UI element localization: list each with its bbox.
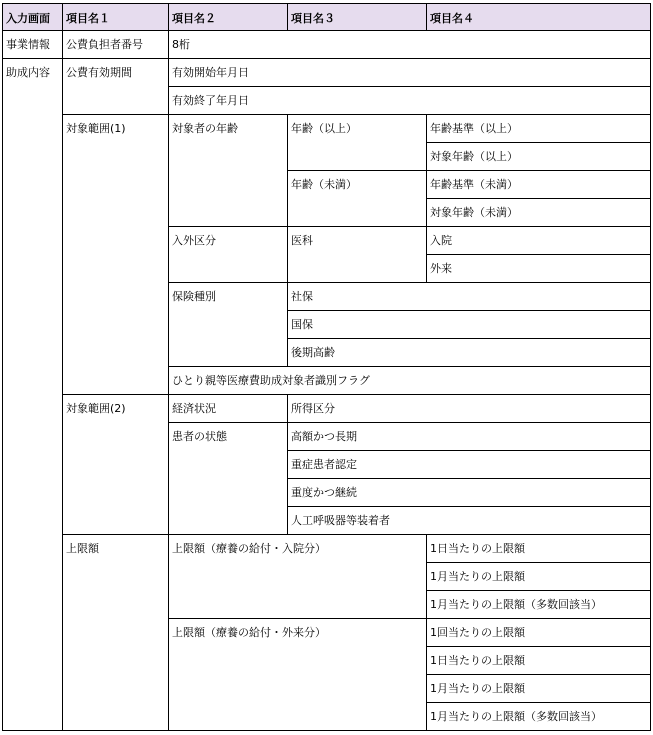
cell-payer-digits: 8桁	[169, 31, 651, 59]
header-item2: 項目名２	[169, 4, 288, 31]
cell-inout-class: 入外区分	[169, 227, 288, 283]
cell-age-under-basis: 年齢基準（未満）	[427, 171, 651, 199]
header-row: 入力画面 項目名１ 項目名２ 項目名３ 項目名４	[3, 4, 651, 31]
cell-income-class: 所得区分	[288, 395, 651, 423]
cell-economy: 経済状況	[169, 395, 288, 423]
cell-insurance-type: 保険種別	[169, 283, 288, 367]
table-row: 助成内容 公費有効期間 有効開始年月日	[3, 59, 651, 87]
header-screen: 入力画面	[3, 4, 63, 31]
cell-kokuho: 国保	[288, 311, 651, 339]
cell-single-parent-flag: ひとり親等医療費助成対象者識別フラグ	[169, 367, 651, 395]
cell-validity-period: 公費有効期間	[63, 59, 169, 115]
cell-patient-state-3: 重度かつ継続	[288, 479, 651, 507]
header-item3: 項目名３	[288, 4, 427, 31]
cell-valid-end: 有効終了年月日	[169, 87, 651, 115]
cell-screen-josei: 助成内容	[3, 59, 63, 731]
header-item1: 項目名１	[63, 4, 169, 31]
cell-scope2: 対象範囲(2)	[63, 395, 169, 535]
header-item4: 項目名４	[427, 4, 651, 31]
cell-limit-outpatient-2: 1日当たりの上限額	[427, 647, 651, 675]
cell-limit-inpatient-3: 1月当たりの上限額（多数回該当）	[427, 591, 651, 619]
cell-target-age: 対象者の年齢	[169, 115, 288, 227]
cell-screen-jigyo: 事業情報	[3, 31, 63, 59]
cell-limit-inpatient: 上限額（療養の給付・入院分）	[169, 535, 427, 619]
cell-limit-outpatient-4: 1月当たりの上限額（多数回該当）	[427, 703, 651, 731]
table-row: 事業情報 公費負担者番号 8桁	[3, 31, 651, 59]
cell-medical: 医科	[288, 227, 427, 283]
cell-inpatient: 入院	[427, 227, 651, 255]
cell-limit-outpatient-1: 1回当たりの上限額	[427, 619, 651, 647]
cell-payer-number: 公費負担者番号	[63, 31, 169, 59]
cell-kouki: 後期高齢	[288, 339, 651, 367]
cell-age-under: 年齢（未満）	[288, 171, 427, 227]
cell-limit: 上限額	[63, 535, 169, 731]
cell-age-over: 年齢（以上）	[288, 115, 427, 171]
table-row: 上限額 上限額（療養の給付・入院分） 1日当たりの上限額	[3, 535, 651, 563]
cell-age-under-target: 対象年齢（未満）	[427, 199, 651, 227]
cell-age-over-target: 対象年齢（以上）	[427, 143, 651, 171]
cell-age-over-basis: 年齢基準（以上）	[427, 115, 651, 143]
cell-patient-state: 患者の状態	[169, 423, 288, 535]
cell-limit-inpatient-2: 1月当たりの上限額	[427, 563, 651, 591]
cell-patient-state-1: 高額かつ長期	[288, 423, 651, 451]
cell-limit-inpatient-1: 1日当たりの上限額	[427, 535, 651, 563]
cell-limit-outpatient: 上限額（療養の給付・外来分）	[169, 619, 427, 731]
cell-patient-state-2: 重症患者認定	[288, 451, 651, 479]
spec-table: 入力画面 項目名１ 項目名２ 項目名３ 項目名４ 事業情報 公費負担者番号 8桁…	[2, 3, 651, 731]
cell-valid-start: 有効開始年月日	[169, 59, 651, 87]
cell-scope1: 対象範囲(1)	[63, 115, 169, 395]
cell-patient-state-4: 人工呼吸器等装着者	[288, 507, 651, 535]
table-row: 対象範囲(1) 対象者の年齢 年齢（以上） 年齢基準（以上）	[3, 115, 651, 143]
table-row: 対象範囲(2) 経済状況 所得区分	[3, 395, 651, 423]
cell-limit-outpatient-3: 1月当たりの上限額	[427, 675, 651, 703]
cell-outpatient: 外来	[427, 255, 651, 283]
cell-shaho: 社保	[288, 283, 651, 311]
